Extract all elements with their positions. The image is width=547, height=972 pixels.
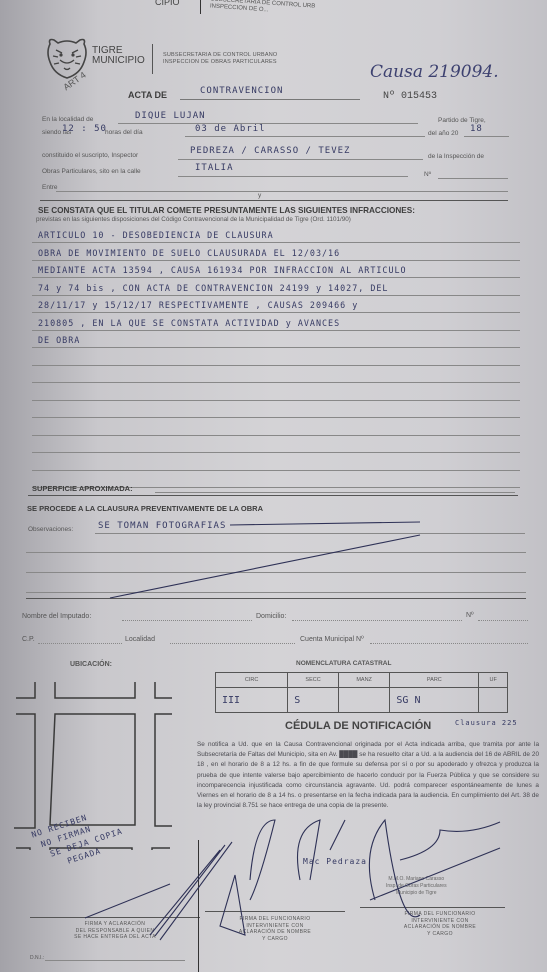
signature-strokes [0,0,547,972]
acta-document: CIPIO SUBSECRETARIA DE CONTROL URBINSPEC… [0,0,547,972]
